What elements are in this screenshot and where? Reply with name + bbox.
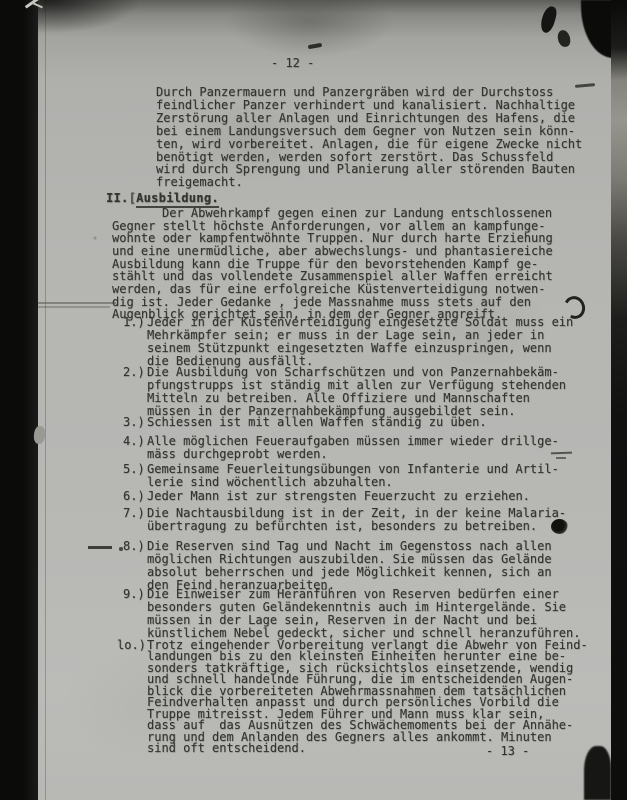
item-number: 1.): [123, 316, 145, 329]
list-item-1: 1.)Jeder in der Küstenverteidigung einge…: [123, 316, 573, 368]
item-number: 3.): [123, 416, 145, 429]
text-line: ten, wird vorbereitet. Anlagen, die für …: [156, 138, 582, 151]
item-number: 8.): [123, 540, 145, 553]
text-line: Gemeinsame Feuerleitungsübungen von Infa…: [147, 463, 559, 476]
top-left-scan-shadow: [38, 0, 188, 62]
text-line: müssen in der Lage sein, Reserven in der…: [147, 614, 580, 627]
page-edge-shadow: [45, 0, 46, 800]
bottom-right-corner-shadow: [584, 746, 611, 800]
text-line: Jeder Mann ist zur strengsten Feuerzucht…: [147, 490, 530, 503]
section-intro-paragraph: Der Abwehrkampf gegen einen zur Landung …: [112, 207, 553, 321]
item-text: Alle möglichen Feueraufgaben müssen imme…: [147, 435, 559, 461]
list-item-8: 8.)Die Reserven sind Tag und Nacht im Ge…: [123, 540, 552, 592]
list-item-3: 3.)Schiessen ist mit allen Waffen ständi…: [123, 416, 487, 429]
list-item-6: 6.)Jeder Mann ist zur strengsten Feuerzu…: [123, 490, 530, 503]
text-line: absolut beherrschen und jede Möglichkeit…: [147, 566, 552, 579]
margin-dash-mark: [88, 546, 112, 549]
text-line: seinem Stützpunkt eingesetzten Waffe ein…: [147, 342, 573, 355]
item-text: Die Einweiser zum Heranführen von Reserv…: [147, 588, 580, 640]
item-number: lo.): [117, 640, 146, 651]
text-line: Der Abwehrkampf gegen einen zur Landung …: [112, 207, 553, 220]
text-line: werden, das für eine erfolgreiche Küsten…: [112, 283, 553, 296]
text-line: freigemacht.: [156, 176, 582, 189]
text-line: feindlicher Panzer verhindert und kanali…: [156, 99, 582, 112]
text-line: Schiessen ist mit allen Waffen ständig z…: [147, 416, 487, 429]
text-line: pfungstrupps ist ständig mit allen zur V…: [147, 379, 566, 392]
stray-bracket-mark: [: [129, 191, 137, 205]
text-line: mäss durchgeprobt werden.: [147, 448, 559, 461]
section-heading: II.[Ausbildung.: [106, 192, 219, 205]
list-item-7: 7.)Die Nachtausbildung ist in der Zeit, …: [123, 507, 566, 533]
text-line: übertragung zu befürchten ist, besonders…: [147, 520, 566, 533]
text-line: Die Ausbildung von Scharfschützen und vo…: [147, 366, 566, 379]
item-text: Die Reserven sind Tag und Nacht im Gegen…: [147, 540, 552, 592]
margin-dot-mark: [119, 547, 123, 551]
scan-line-artifact: [38, 306, 110, 308]
item-text: Jeder in der Küstenverteidigung eingeset…: [147, 316, 573, 368]
item-number: 4.): [123, 435, 145, 448]
item-text: Trotz eingehender Vorbereitung verlangt …: [147, 640, 588, 755]
item-number: 7.): [123, 507, 145, 520]
text-line: bei einem Landungsversuch dem Gegner von…: [156, 125, 582, 138]
item-number: 6.): [123, 490, 145, 503]
text-line: Zerstörung aller Anlagen und Einrichtung…: [156, 112, 582, 125]
text-line: und eine unermüdliche, aber abwechslungs…: [112, 245, 553, 258]
text-line: Mitteln zu betreiben. Alle Offiziere und…: [147, 392, 566, 405]
section-number: II.: [106, 191, 129, 205]
list-item-10: lo.)Trotz eingehender Vorbereitung verla…: [117, 640, 588, 755]
text-line: möglichen Richtungen auszubilden. Sie mü…: [147, 553, 552, 566]
page-number-top: - 12 -: [271, 57, 314, 70]
list-item-5: 5.)Gemeinsame Feuerleitungsübungen von I…: [123, 463, 559, 489]
right-edge-shadow: [611, 0, 627, 800]
text-line: Alle möglichen Feueraufgaben müssen imme…: [147, 435, 559, 448]
text-line: Die Einweiser zum Heranführen von Reserv…: [147, 588, 580, 601]
binding-edge: [0, 0, 38, 800]
text-line: Durch Panzermauern und Panzergräben wird…: [156, 86, 582, 99]
list-item-4: 4.)Alle möglichen Feueraufgaben müssen i…: [123, 435, 559, 461]
item-text: Schiessen ist mit allen Waffen ständig z…: [147, 416, 487, 429]
scan-line-artifact: [38, 302, 116, 304]
item-text: Jeder Mann ist zur strengsten Feuerzucht…: [147, 490, 530, 503]
text-line: lerie sind wöchentlich abzuhalten.: [147, 476, 559, 489]
item-number: 5.): [123, 463, 145, 476]
text-line: besonders guten Geländekenntnis auch im …: [147, 601, 580, 614]
list-item-2: 2.)Die Ausbildung von Scharfschützen und…: [123, 366, 566, 418]
item-text: Gemeinsame Feuerleitungsübungen von Infa…: [147, 463, 559, 489]
item-text: Die Ausbildung von Scharfschützen und vo…: [147, 366, 566, 418]
item-text: Die Nachtausbildung ist in der Zeit, in …: [147, 507, 566, 533]
list-item-9: 9.)Die Einweiser zum Heranführen von Res…: [123, 588, 580, 640]
scanned-document: { "page": { "top_number": "- 12 -", "bot…: [0, 0, 627, 800]
item-number: 9.): [123, 588, 145, 601]
text-line: Die Nachtausbildung ist in der Zeit, in …: [147, 507, 566, 520]
text-line: Jeder in der Küstenverteidigung eingeset…: [147, 316, 573, 329]
paragraph-panzermauern: Durch Panzermauern und Panzergräben wird…: [156, 86, 582, 189]
text-line: Mehrkämpfer sein; er muss in der Lage se…: [147, 329, 573, 342]
page-number-bottom: - 13 -: [486, 745, 529, 758]
text-line: Die Reserven sind Tag und Nacht im Gegen…: [147, 540, 552, 553]
item-number: 2.): [123, 366, 145, 379]
